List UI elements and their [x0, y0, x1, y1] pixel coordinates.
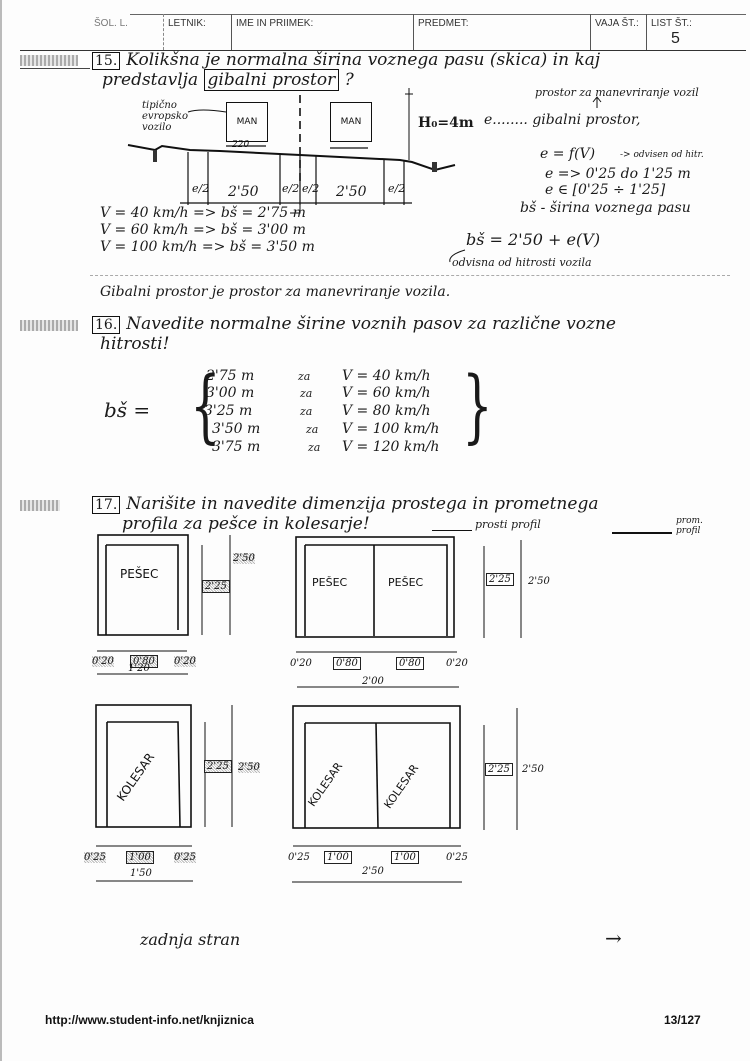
ped-single-label: PEŠEC — [120, 567, 158, 581]
ped-single-w-right: 0'20 — [174, 656, 196, 667]
bike-single-w-right: 0'25 — [174, 852, 196, 863]
last-page-note: zadnja stran — [140, 930, 240, 949]
bike-single-h-outer: 2'50 — [238, 762, 260, 773]
ped-single-h-outer: 2'50 — [233, 553, 255, 564]
ped-double-label-1: PEŠEC — [312, 576, 347, 589]
scanned-page: ŠOL. L. LETNIK: IME IN PRIIMEK: PREDMET:… — [0, 0, 750, 1061]
ped-double-w-right: 0'20 — [446, 658, 468, 669]
ped-double-w-left: 0'20 — [290, 658, 312, 669]
bike-single-w-total: 1'50 — [130, 868, 152, 879]
bike-double-w-total: 2'50 — [362, 866, 384, 877]
bike-double-w-right: 0'25 — [446, 852, 468, 863]
bike-double-w-mid2: 1'00 — [391, 851, 419, 864]
bike-double-h-outer: 2'50 — [522, 764, 544, 775]
ped-double-w-mid2: 0'80 — [396, 657, 424, 670]
ped-single-w-left: 0'20 — [92, 656, 114, 667]
ped-double-label-2: PEŠEC — [388, 576, 423, 589]
ped-double-h-outer: 2'50 — [528, 576, 550, 587]
ped-double-h-inner: 2'25 — [486, 573, 514, 586]
bike-single-w-mid: 1'00 — [126, 851, 154, 864]
bike-double-w-left: 0'25 — [288, 852, 310, 863]
footer-page-number: 13/127 — [664, 1013, 701, 1027]
bike-double-w-mid1: 1'00 — [324, 851, 352, 864]
bike-single-w-left: 0'25 — [84, 852, 106, 863]
ped-double-w-total: 2'00 — [362, 676, 384, 687]
profile-drawings — [0, 0, 750, 1061]
ped-double-w-mid1: 0'80 — [333, 657, 361, 670]
ped-single-w-total: 1'20 — [128, 663, 150, 674]
bike-single-h-inner: 2'25 — [204, 760, 232, 773]
bike-double-h-inner: 2'25 — [485, 763, 513, 776]
ped-single-h-inner: 2'25 — [202, 580, 230, 593]
footer-url[interactable]: http://www.student-info.net/knjiznica — [45, 1013, 254, 1027]
next-arrow-icon: → — [605, 926, 622, 950]
